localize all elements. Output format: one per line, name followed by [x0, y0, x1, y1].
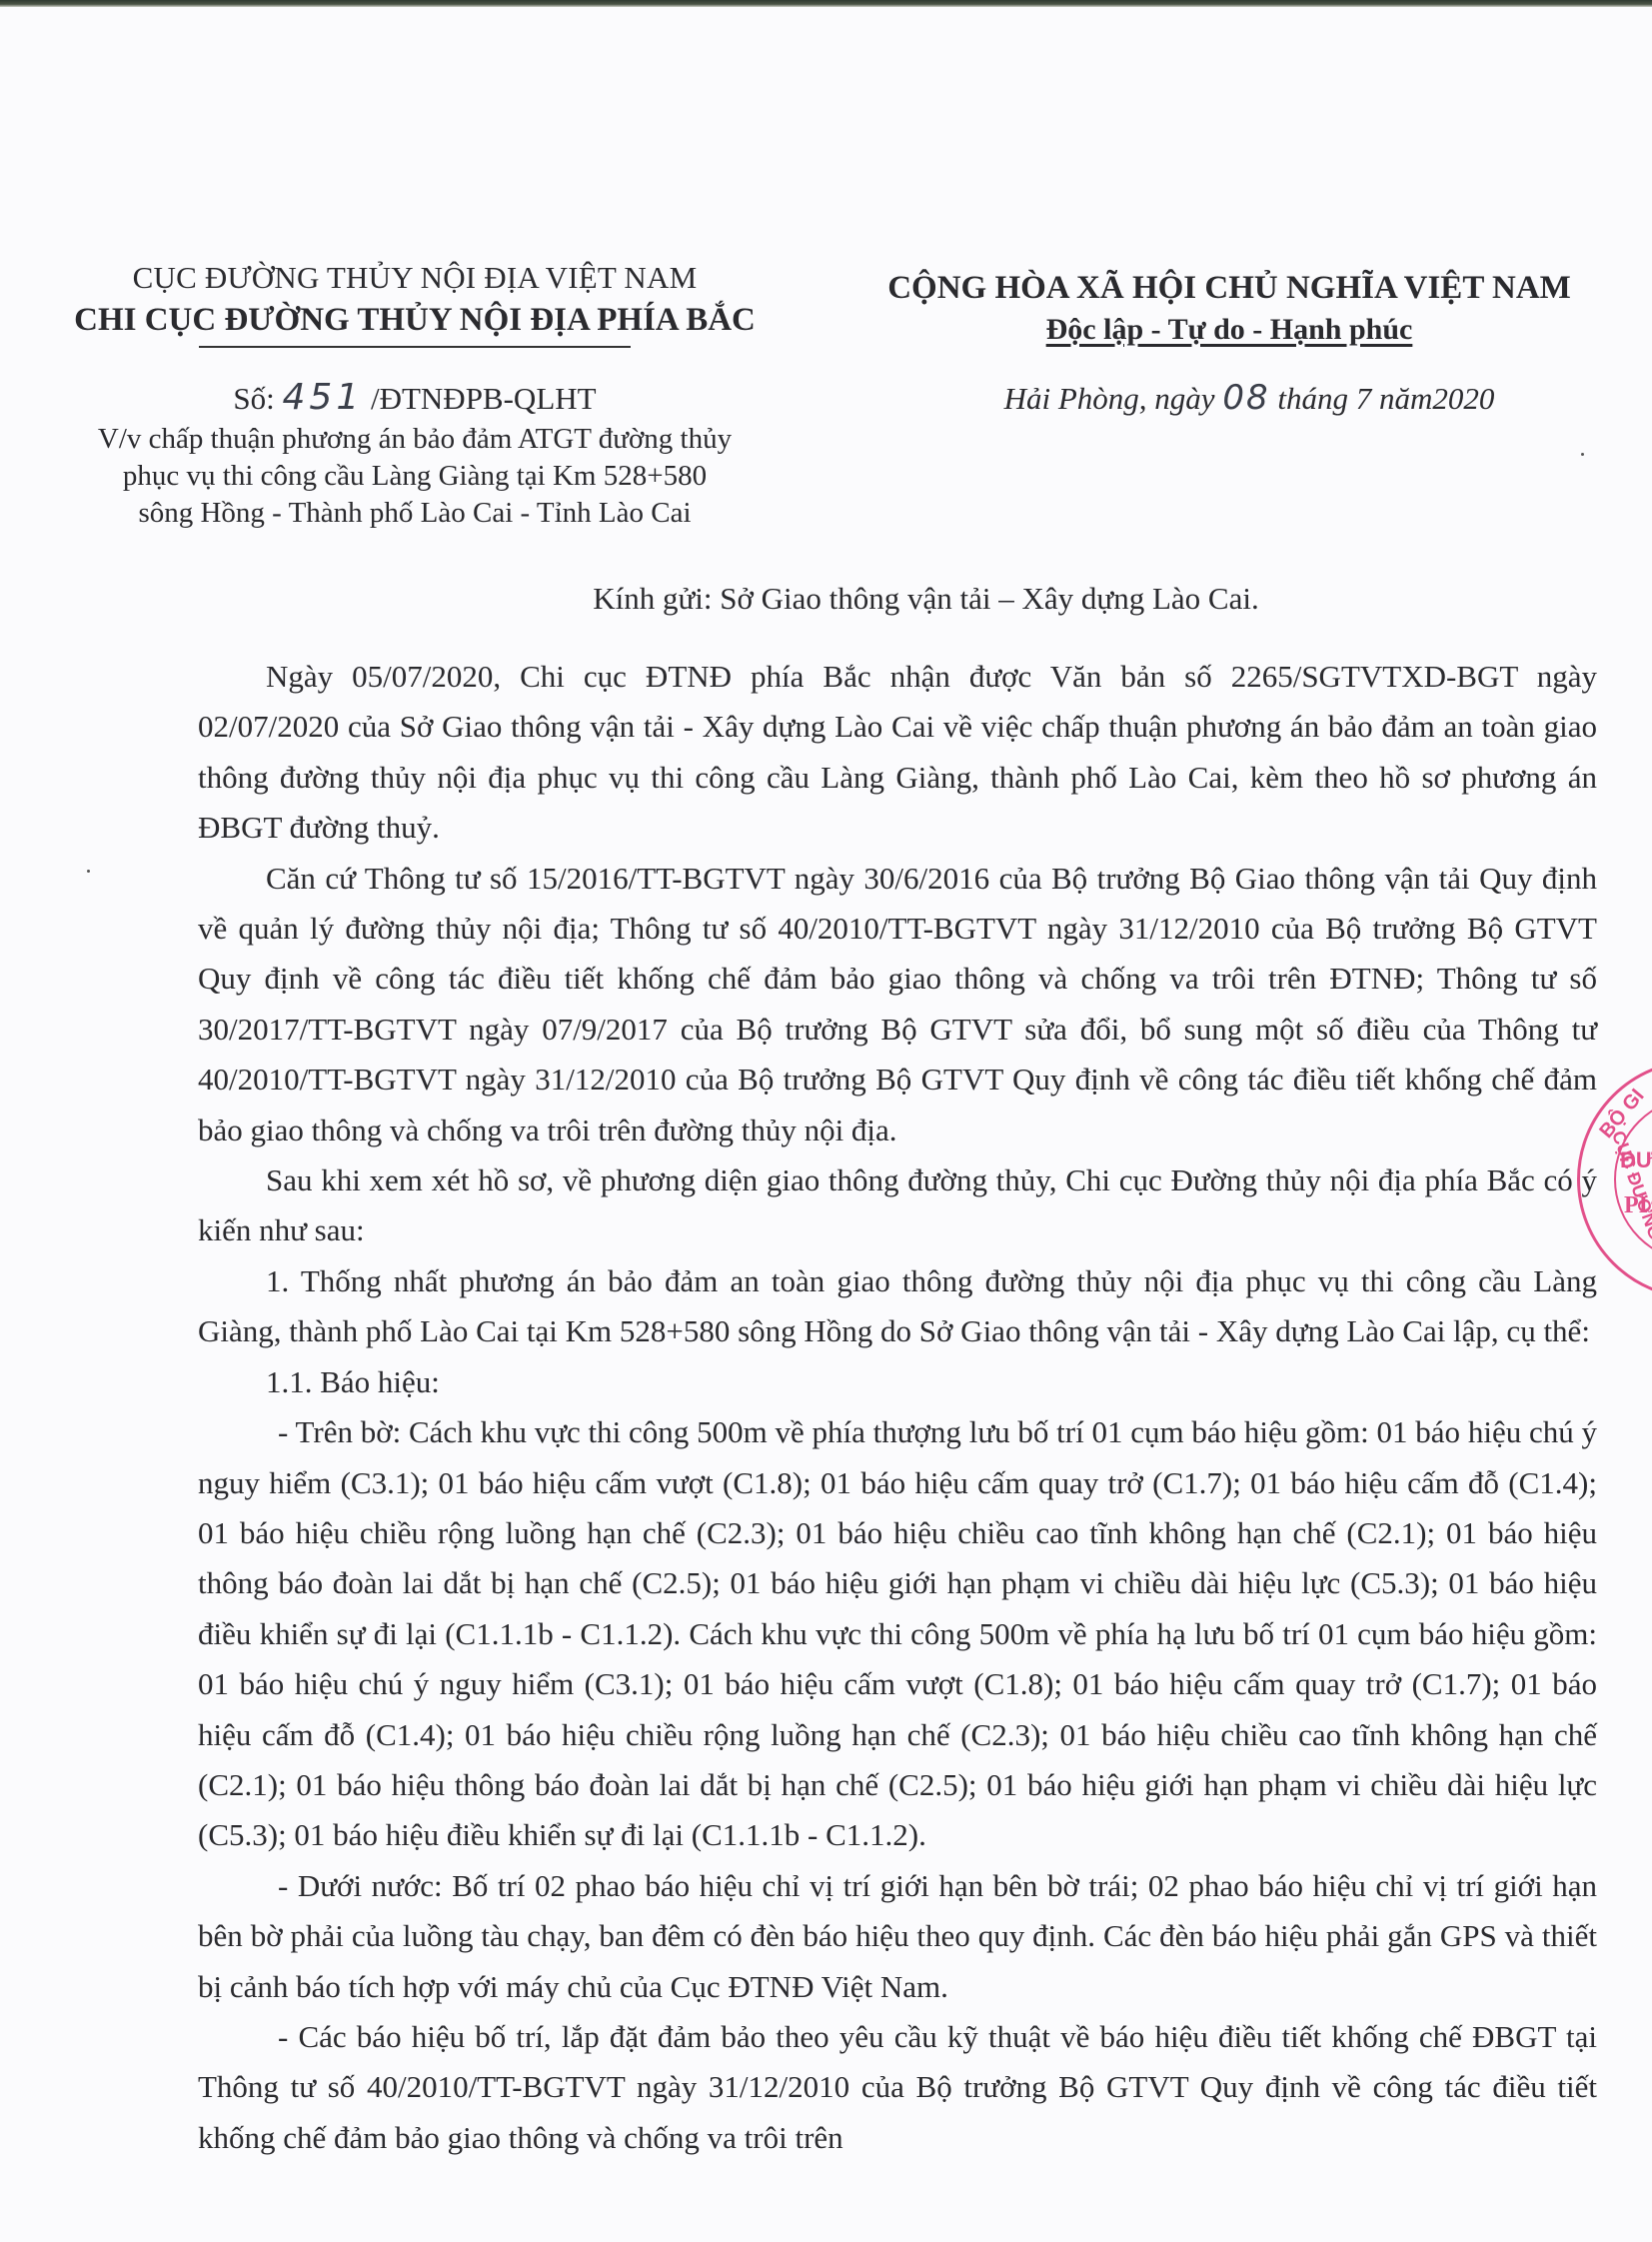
agency-underline	[199, 346, 631, 348]
recipient-line: Kính gửi: Sở Giao thông vận tải – Xây dự…	[200, 578, 1652, 620]
paragraph-item-1: 1. Thống nhất phương án bảo đảm an toàn …	[198, 1256, 1597, 1357]
national-motto: Độc lập - Tự do - Hạnh phúc	[829, 310, 1629, 350]
seal-inner-text: ĐƯỜ	[1620, 1147, 1652, 1173]
paragraph-item-1-1: 1.1. Báo hiệu:	[198, 1357, 1597, 1407]
month: 7	[1356, 381, 1372, 416]
letter-body: Ngày 05/07/2020, Chi cục ĐTNĐ phía Bắc n…	[198, 650, 1597, 2163]
paragraph-onshore-signs: - Trên bờ: Cách khu vực thi công 500m về…	[198, 1407, 1597, 1861]
month-label: tháng	[1277, 381, 1348, 416]
paragraph-receipt: Ngày 05/07/2020, Chi cục ĐTNĐ phía Bắc n…	[198, 652, 1597, 854]
doc-number-label: Số:	[233, 381, 274, 416]
paragraph-legal-basis: Căn cứ Thông tư số 15/2016/TT-BGTVT ngày…	[198, 854, 1597, 1155]
scan-speck	[1581, 453, 1584, 456]
subject-line: V/v chấp thuận phương án bảo đảm ATGT đư…	[20, 421, 810, 458]
year: 2020	[1432, 381, 1494, 416]
subject: V/v chấp thuận phương án bảo đảm ATGT đư…	[20, 421, 810, 532]
national-header-block: CỘNG HÒA XÃ HỘI CHỦ NGHĨA VIỆT NAM Độc l…	[829, 266, 1629, 419]
place-and-date: Hải Phòng, ngày 08 tháng 7 năm2020	[829, 378, 1629, 419]
subject-line: phục vụ thi công cầu Làng Giàng tại Km 5…	[20, 458, 810, 495]
official-letter: CỤC ĐƯỜNG THỦY NỘI ĐỊA VIỆT NAM CHI CỤC …	[0, 0, 1652, 2242]
seal-outer-text-2: CỤC ĐƯỜNG T	[1607, 1128, 1652, 1258]
nation-title: CỘNG HÒA XÃ HỘI CHỦ NGHĨA VIỆT NAM	[829, 266, 1629, 310]
scan-speck	[87, 870, 90, 873]
place-prefix: Hải Phòng, ngày	[1004, 381, 1215, 416]
doc-number-suffix: /ĐTNĐPB-QLHT	[371, 381, 597, 416]
document-number: Số: 451 /ĐTNĐPB-QLHT	[20, 378, 810, 419]
issuing-agency: CHI CỤC ĐƯỜNG THỦY NỘI ĐỊA PHÍA BẮC	[20, 298, 810, 342]
paragraph-technical-requirements: - Các báo hiệu bố trí, lắp đặt đảm bảo t…	[198, 2012, 1597, 2163]
parent-agency: CỤC ĐƯỜNG THỦY NỘI ĐỊA VIỆT NAM	[20, 258, 810, 298]
day-handwritten: 08	[1222, 378, 1269, 418]
issuing-agency-block: CỤC ĐƯỜNG THỦY NỘI ĐỊA VIỆT NAM CHI CỤC …	[20, 258, 810, 532]
subject-line: sông Hồng - Thành phố Lào Cai - Tỉnh Lào…	[20, 495, 810, 532]
seal-inner-text-2: PI	[1624, 1192, 1648, 1219]
paragraph-underwater-buoys: - Dưới nước: Bố trí 02 phao báo hiệu chỉ…	[198, 1861, 1597, 2012]
doc-number-handwritten: 451	[283, 377, 364, 418]
year-label: năm	[1379, 381, 1432, 416]
paragraph-opinion-intro: Sau khi xem xét hồ sơ, về phương diện gi…	[198, 1155, 1597, 1256]
